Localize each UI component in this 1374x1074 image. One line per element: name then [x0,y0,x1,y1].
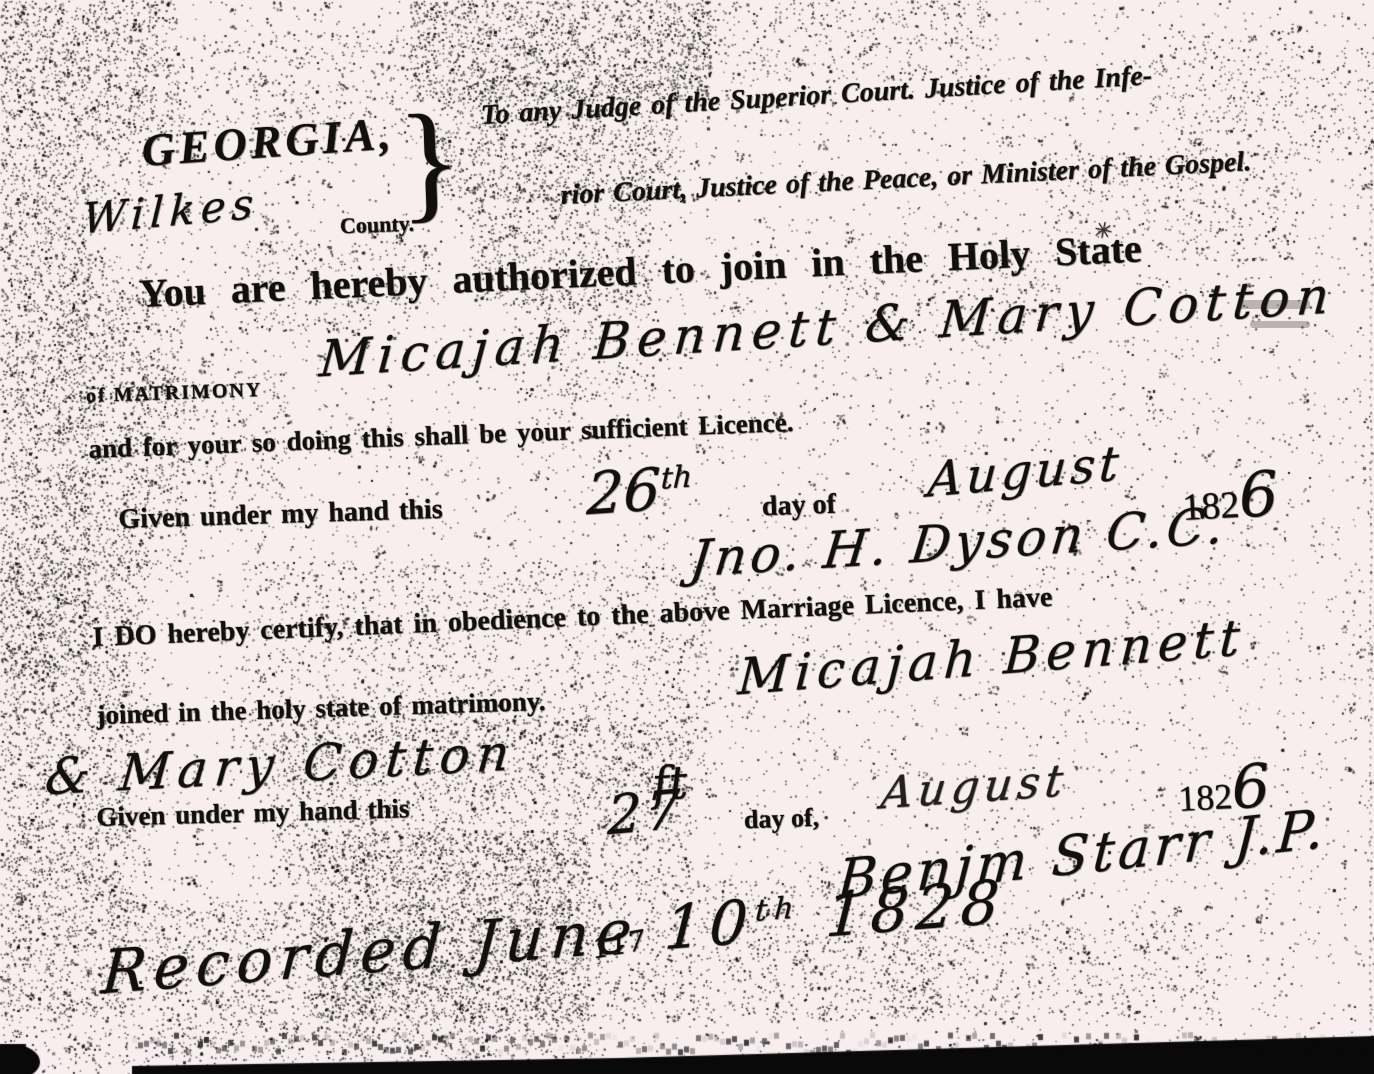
licence-day-suffix: th [660,459,693,496]
certification-day-handwritten: 27 [607,777,685,847]
ghost-mark [1238,300,1310,309]
ghost-mark [1250,321,1310,328]
day-of-label1: day of [761,489,836,524]
recorded-year: 1828 [824,867,1008,952]
day-of-label2: day of, [743,803,819,836]
county-label: County. [340,211,415,240]
licence-day-number: 26 [586,455,662,528]
licence-year-final-digit: 6 [1237,457,1280,532]
recorded-ordinal-suffix: th [754,890,801,929]
document-page: GEORGIA, } To any Judge of the Superior … [0,0,1374,1074]
licence-day-handwritten: 26th [586,453,693,529]
